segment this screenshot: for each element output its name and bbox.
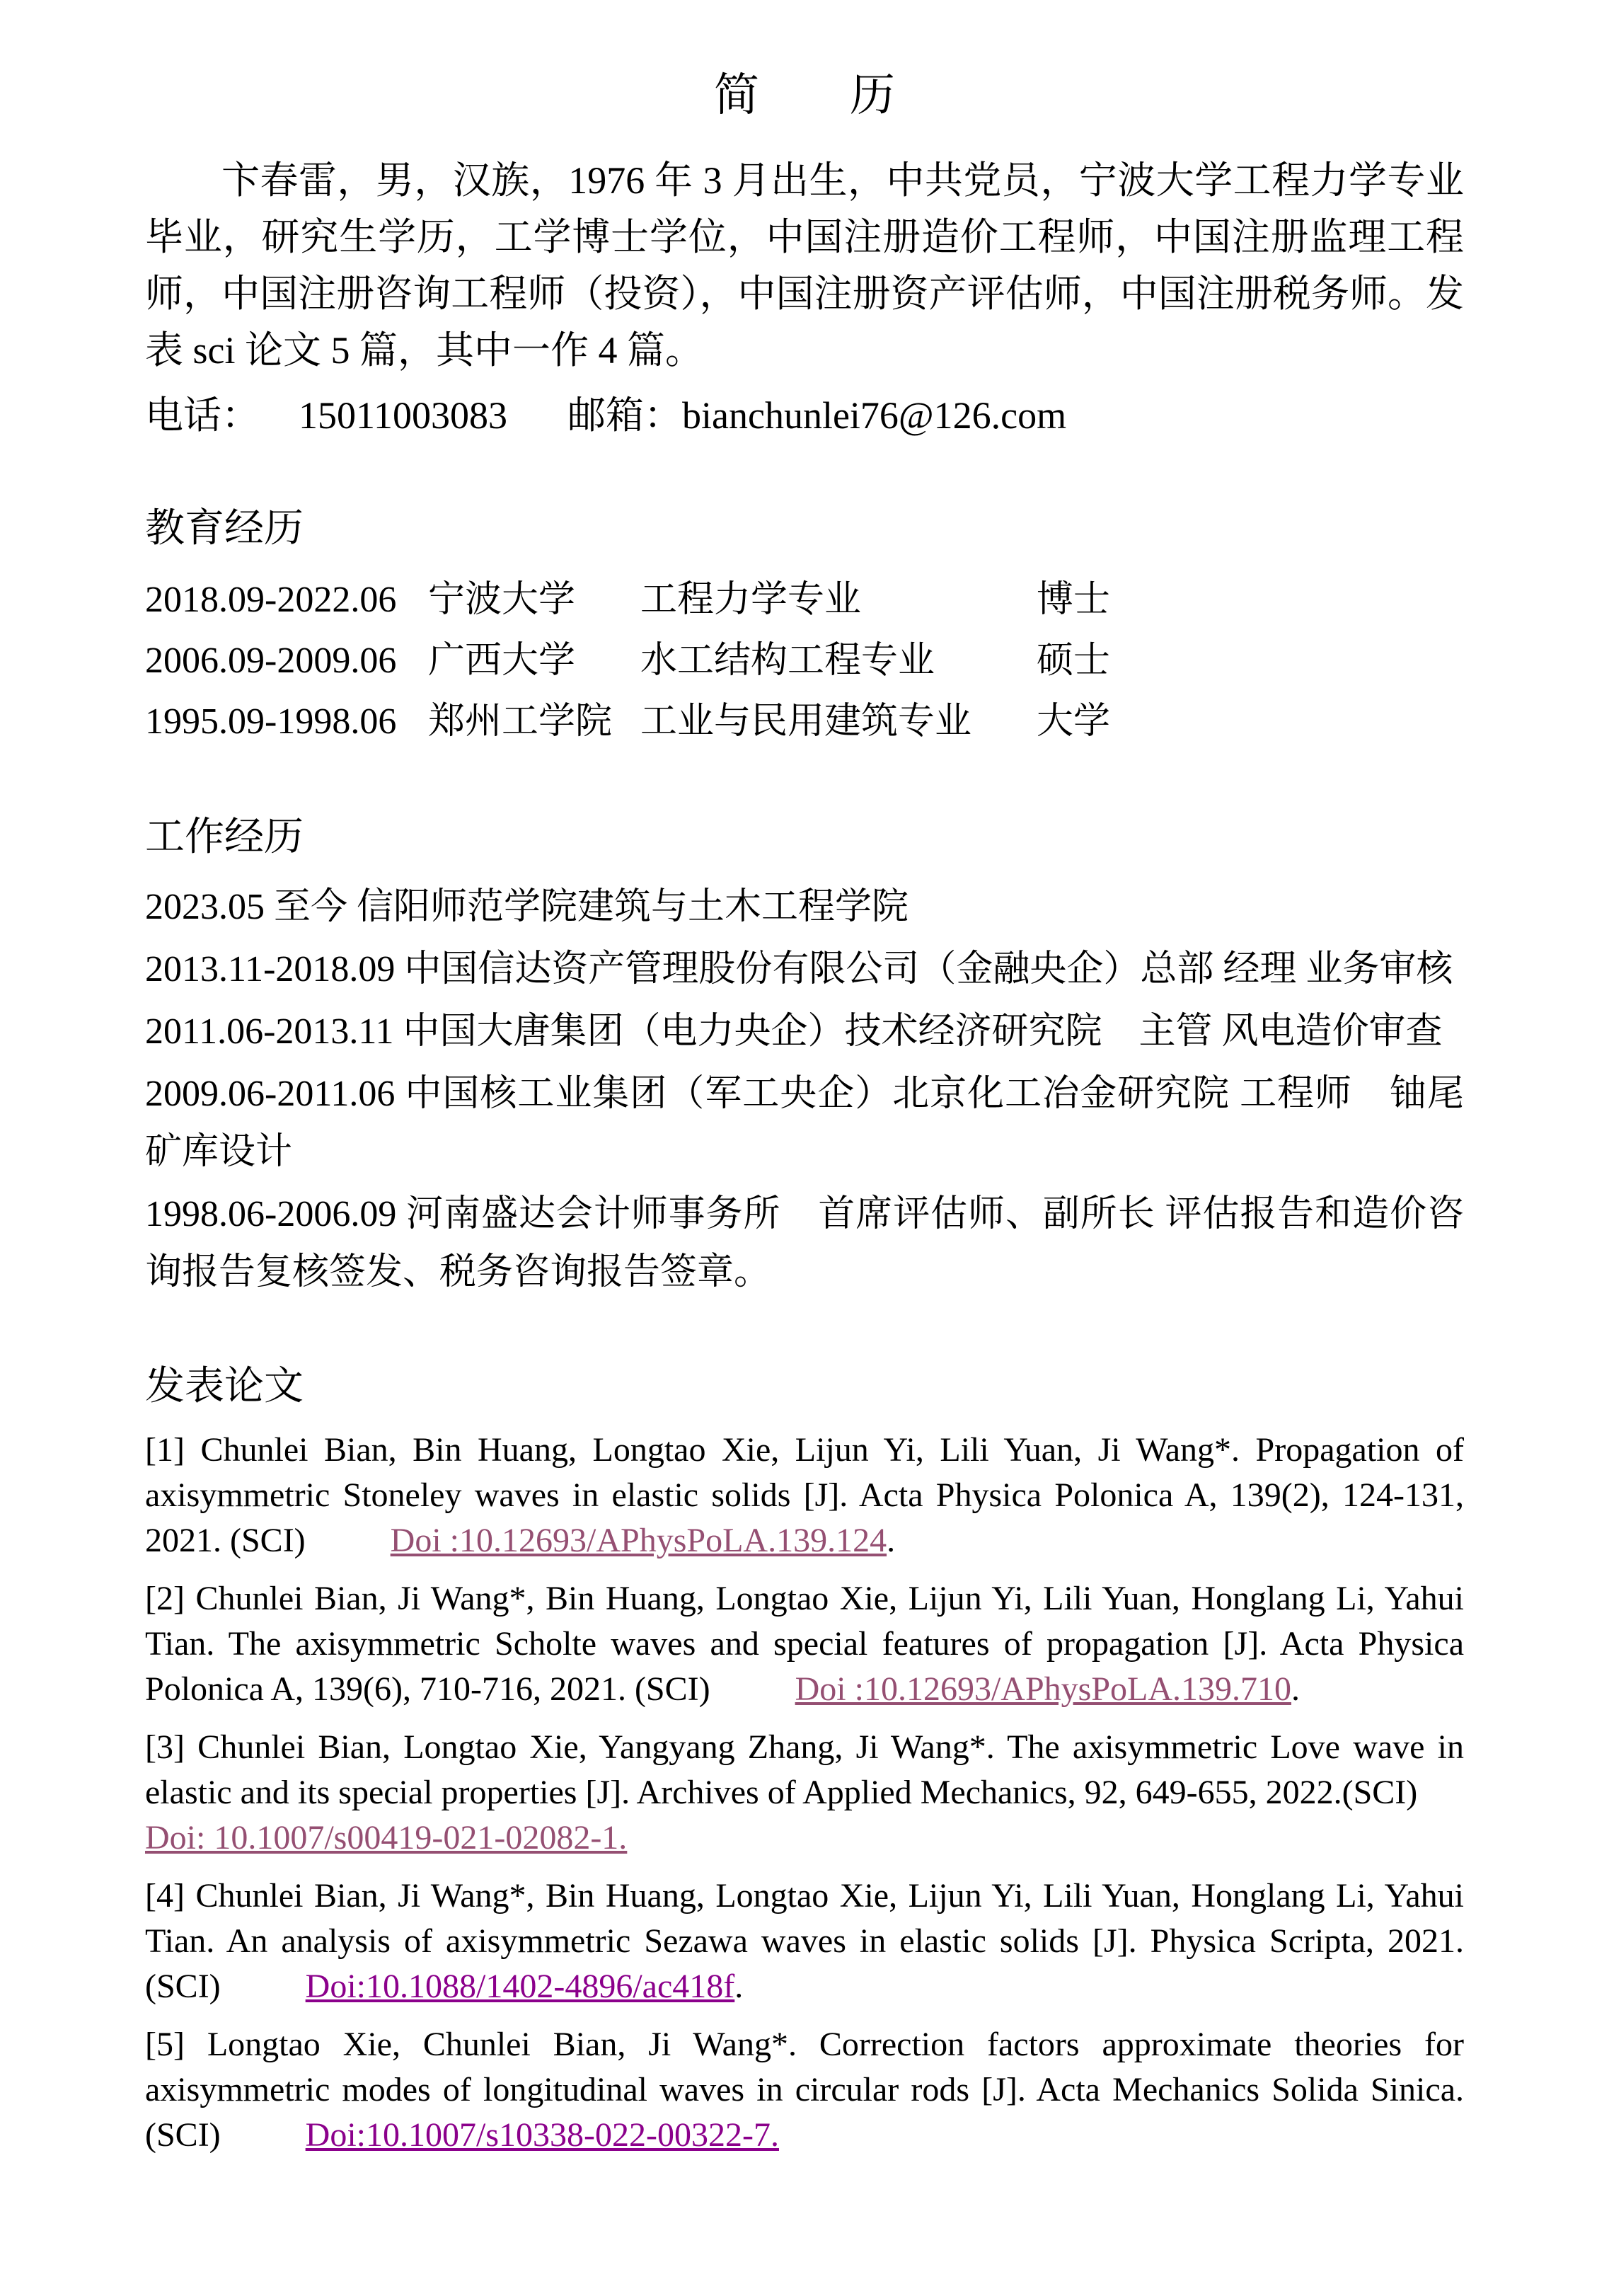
education-major: 工程力学专业	[640, 570, 1037, 631]
intro-paragraph: 卞春雷，男，汉族，1976 年 3 月出生，中共党员，宁波大学工程力学专业毕业，…	[145, 152, 1464, 379]
work-list: 2023.05 至今 信阳师范学院建筑与土木工程学院2013.11-2018.0…	[145, 878, 1464, 1302]
contact-line: 电话：15011003083邮箱：bianchunlei76@126.com	[145, 387, 1464, 444]
publication-list: [1] Chunlei Bian, Bin Huang, Longtao Xie…	[145, 1428, 1464, 2158]
section-heading-education: 教育经历	[145, 507, 1464, 550]
publication-item: [3] Chunlei Bian, Longtao Xie, Yangyang …	[145, 1725, 1464, 1861]
section-heading-publications: 发表论文	[145, 1365, 1464, 1408]
education-period: 1995.09-1998.06	[145, 691, 428, 752]
resume-document: 简 历 卞春雷，男，汉族，1976 年 3 月出生，中共党员，宁波大学工程力学专…	[0, 0, 1609, 2296]
work-row: 2011.06-2013.11 中国大唐集团（电力央企）技术经济研究院 主管 风…	[145, 1003, 1464, 1061]
work-row: 1998.06-2006.09 河南盛达会计师事务所 首席评估师、副所长 评估报…	[145, 1186, 1464, 1302]
education-school: 广西大学	[428, 631, 640, 691]
email-label: 邮箱：	[567, 394, 682, 437]
section-heading-work: 工作经历	[145, 816, 1464, 859]
education-row: 2018.09-2022.06宁波大学工程力学专业博士	[145, 570, 1464, 631]
publication-item: [5] Longtao Xie, Chunlei Bian, Ji Wang*.…	[145, 2022, 1464, 2158]
doi-link[interactable]: Doi:10.1007/s10338-022-00322-7.	[306, 2116, 779, 2154]
page-title: 简 历	[145, 71, 1464, 120]
education-row: 2006.09-2009.06广西大学水工结构工程专业硕士	[145, 631, 1464, 691]
publication-item: [4] Chunlei Bian, Ji Wang*, Bin Huang, L…	[145, 1873, 1464, 2009]
phone-number: 15011003083	[299, 394, 507, 437]
publication-text: [3] Chunlei Bian, Longtao Xie, Yangyang …	[145, 1728, 1464, 1811]
education-major: 水工结构工程专业	[640, 631, 1037, 691]
doi-link[interactable]: Doi :10.12693/APhysPoLA.139.710	[795, 1670, 1291, 1708]
education-school: 郑州工学院	[428, 691, 640, 752]
education-degree: 博士	[1037, 570, 1464, 631]
publication-item: [2] Chunlei Bian, Ji Wang*, Bin Huang, L…	[145, 1576, 1464, 1712]
doi-link[interactable]: Doi: 10.1007/s00419-021-02082-1.	[145, 1819, 627, 1856]
publication-text-after: .	[1291, 1670, 1300, 1708]
work-row: 2009.06-2011.06 中国核工业集团（军工央企）北京化工冶金研究院 工…	[145, 1065, 1464, 1181]
email-address: bianchunlei76@126.com	[682, 394, 1066, 437]
publication-text-after: .	[734, 1968, 743, 2005]
education-major: 工业与民用建筑专业	[640, 691, 1037, 752]
doi-link[interactable]: Doi :10.12693/APhysPoLA.139.124	[391, 1522, 887, 1559]
doi-link[interactable]: Doi:10.1088/1402-4896/ac418f	[306, 1968, 735, 2005]
education-school: 宁波大学	[428, 570, 640, 631]
phone-label: 电话：	[145, 394, 260, 437]
work-row: 2013.11-2018.09 中国信达资产管理股份有限公司（金融央企）总部 经…	[145, 941, 1464, 999]
publication-text-after: .	[887, 1522, 895, 1559]
education-degree: 大学	[1037, 691, 1464, 752]
work-row: 2023.05 至今 信阳师范学院建筑与土木工程学院	[145, 878, 1464, 936]
education-period: 2018.09-2022.06	[145, 570, 428, 631]
education-table: 2018.09-2022.06宁波大学工程力学专业博士2006.09-2009.…	[145, 570, 1464, 752]
education-period: 2006.09-2009.06	[145, 631, 428, 691]
education-row: 1995.09-1998.06郑州工学院工业与民用建筑专业大学	[145, 691, 1464, 752]
education-degree: 硕士	[1037, 631, 1464, 691]
publication-item: [1] Chunlei Bian, Bin Huang, Longtao Xie…	[145, 1428, 1464, 1563]
